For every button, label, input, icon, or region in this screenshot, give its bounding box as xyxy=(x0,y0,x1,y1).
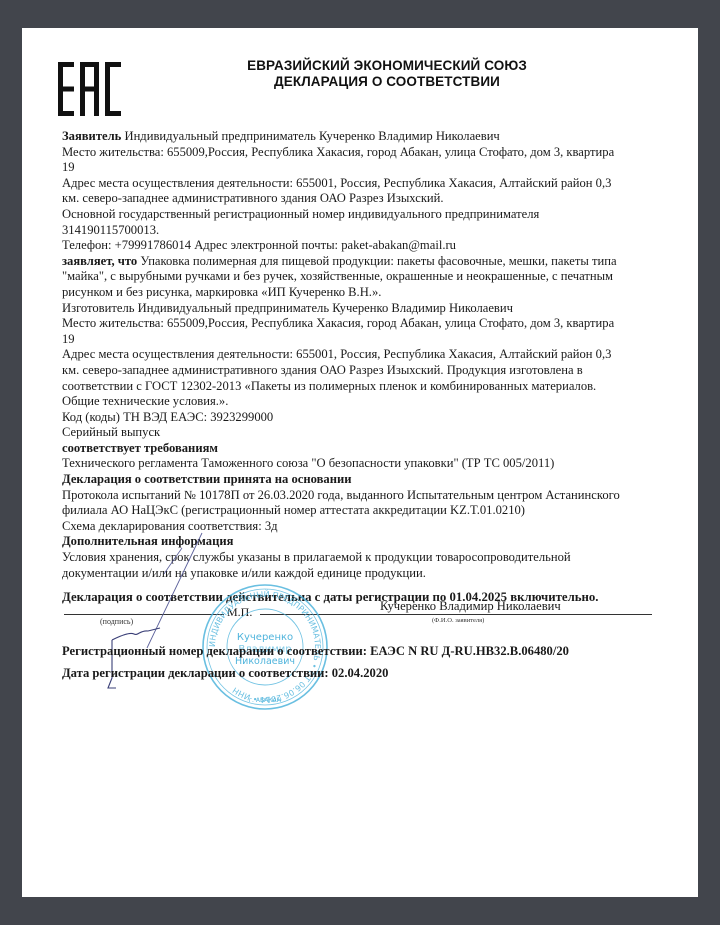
header-title: ДЕКЛАРАЦИЯ О СООТВЕТСТВИИ xyxy=(172,74,602,90)
complies-label: соответствует требованиям xyxy=(62,441,218,455)
applicant-label: Заявитель xyxy=(62,129,121,143)
declaration-page: ЕВРАЗИЙСКИЙ ЭКОНОМИЧЕСКИЙ СОЮЗ ДЕКЛАРАЦИ… xyxy=(22,28,698,897)
applicant-residence: Место жительства: 655009,Россия, Республ… xyxy=(62,145,662,161)
stamp-city: г. АБАКАН xyxy=(249,697,281,704)
technical-regulation: Технического регламента Таможенного союз… xyxy=(62,456,662,472)
release-type: Серийный выпуск xyxy=(62,425,662,441)
registration-number: Регистрационный номер декларации о соотв… xyxy=(62,644,569,659)
applicant-activity: Адрес места осуществления деятельности: … xyxy=(62,176,662,192)
manufacturer-residence: Место жительства: 655009,Россия, Республ… xyxy=(62,316,662,332)
applicant-activity-cont: км. северо-западнее административного зд… xyxy=(62,191,662,207)
declares-line: заявляет, что Упаковка полимерная для пи… xyxy=(62,254,662,270)
applicant-line: Заявитель Индивидуальный предприниматель… xyxy=(62,129,662,145)
registration-date: Дата регистрации декларации о соответств… xyxy=(62,666,388,681)
document-header: ЕВРАЗИЙСКИЙ ЭКОНОМИЧЕСКИЙ СОЮЗ ДЕКЛАРАЦИ… xyxy=(172,58,602,90)
applicant-residence-cont: 19 xyxy=(62,160,662,176)
manufacturer-residence-cont: 19 xyxy=(62,332,662,348)
signer-caption: (Ф.И.О. заявителя) xyxy=(432,617,484,624)
declares-text-cont: "майка", с вырубными ручками и без ручек… xyxy=(62,269,662,285)
declares-text: Упаковка полимерная для пищевой продукци… xyxy=(137,254,616,268)
header-union: ЕВРАЗИЙСКИЙ ЭКОНОМИЧЕСКИЙ СОЮЗ xyxy=(172,58,602,74)
tn-ved-code: Код (коды) ТН ВЭД ЕАЭС: 3923299000 xyxy=(62,410,662,426)
manufacturer-activity-cont: Общие технические условия.». xyxy=(62,394,662,410)
applicant-ogrnip-number: 314190115700013. xyxy=(62,223,662,239)
applicant-contacts: Телефон: +79991786014 Адрес электронной … xyxy=(62,238,662,254)
declares-label: заявляет, что xyxy=(62,254,137,268)
stamp-name-1: Кучеренко xyxy=(237,632,293,643)
manufacturer-activity-cont: соответствии с ГОСТ 12302-2013 «Пакеты и… xyxy=(62,379,662,395)
basis-label: Декларация о соответствии принята на осн… xyxy=(62,472,351,486)
manufacturer-activity: Адрес места осуществления деятельности: … xyxy=(62,347,662,363)
eac-logo-icon xyxy=(58,62,122,116)
applicant-ogrnip: Основной государственный регистрационный… xyxy=(62,207,662,223)
test-protocol: Протокола испытаний № 10178П от 26.03.20… xyxy=(62,488,662,504)
manufacturer-activity-cont: км. северо-западнее административного зд… xyxy=(62,363,662,379)
applicant-name: Индивидуальный предприниматель Кучеренко… xyxy=(121,129,499,143)
declares-text-cont: рисунком и без рисунка, маркировка «ИП К… xyxy=(62,285,662,301)
test-protocol-cont: филиала АО НаЦЭкС (регистрационный номер… xyxy=(62,503,662,519)
manufacturer-name: Изготовитель Индивидуальный предпринимат… xyxy=(62,301,662,317)
